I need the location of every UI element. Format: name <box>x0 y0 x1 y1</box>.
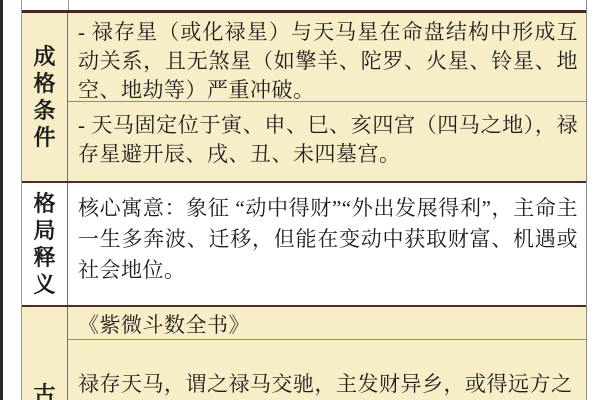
pattern-meaning-content: 核心寓意：象征 “动中得财”“外出发展得利”，主命主一生多奔波、迁移，但能在变动… <box>68 183 586 305</box>
table-row-formation-conditions: 成格条件 - 禄存星（或化禄星）与天马星在命盘结构中形成互动关系，且无煞星（如擎… <box>22 13 586 181</box>
row-header-formation-conditions: 成格条件 <box>22 13 68 181</box>
pattern-table: 成格条件 - 禄存星（或化禄星）与天马星在命盘结构中形成互动关系，且无煞星（如擎… <box>21 0 587 400</box>
classic-quote: 禄存天马，谓之禄马交驰，主发财异乡，或得远方之 <box>68 340 586 400</box>
table-row-classic-texts: 古 《紫微斗数全书》 禄存天马，谓之禄马交驰，主发财异乡，或得远方之 <box>22 307 586 400</box>
screen-left-edge-bar <box>0 0 3 400</box>
row-header-label: 古 <box>32 381 56 400</box>
row-header-label: 格局释义 <box>32 190 56 298</box>
condition-bullet-1: - 禄存星（或化禄星）与天马星在命盘结构中形成互动关系，且无煞星（如擎羊、陀罗、… <box>68 13 586 101</box>
column-separator-remnant <box>68 0 69 10</box>
row-header-label: 成格条件 <box>32 43 56 151</box>
classic-texts-content: 《紫微斗数全书》 禄存天马，谓之禄马交驰，主发财异乡，或得远方之 <box>68 307 586 400</box>
core-meaning-paragraph: 核心寓意：象征 “动中得财”“外出发展得利”，主命主一生多奔波、迁移，但能在变动… <box>68 183 586 286</box>
formation-conditions-content: - 禄存星（或化禄星）与天马星在命盘结构中形成互动关系，且无煞星（如擎羊、陀罗、… <box>68 13 586 181</box>
previous-row-remnant <box>22 0 586 10</box>
row-header-pattern-meaning: 格局释义 <box>22 183 68 305</box>
table-row-pattern-meaning: 格局释义 核心寓意：象征 “动中得财”“外出发展得利”，主命主一生多奔波、迁移，… <box>22 183 586 305</box>
classic-source-title: 《紫微斗数全书》 <box>68 307 586 339</box>
screenshot-page: 成格条件 - 禄存星（或化禄星）与天马星在命盘结构中形成互动关系，且无煞星（如擎… <box>0 0 600 400</box>
row-header-classic-texts: 古 <box>22 307 68 400</box>
condition-bullet-2: - 天马固定位于寅、申、巳、亥四宫（四马之地），禄存星避开辰、戌、丑、未四墓宫。 <box>68 102 586 181</box>
